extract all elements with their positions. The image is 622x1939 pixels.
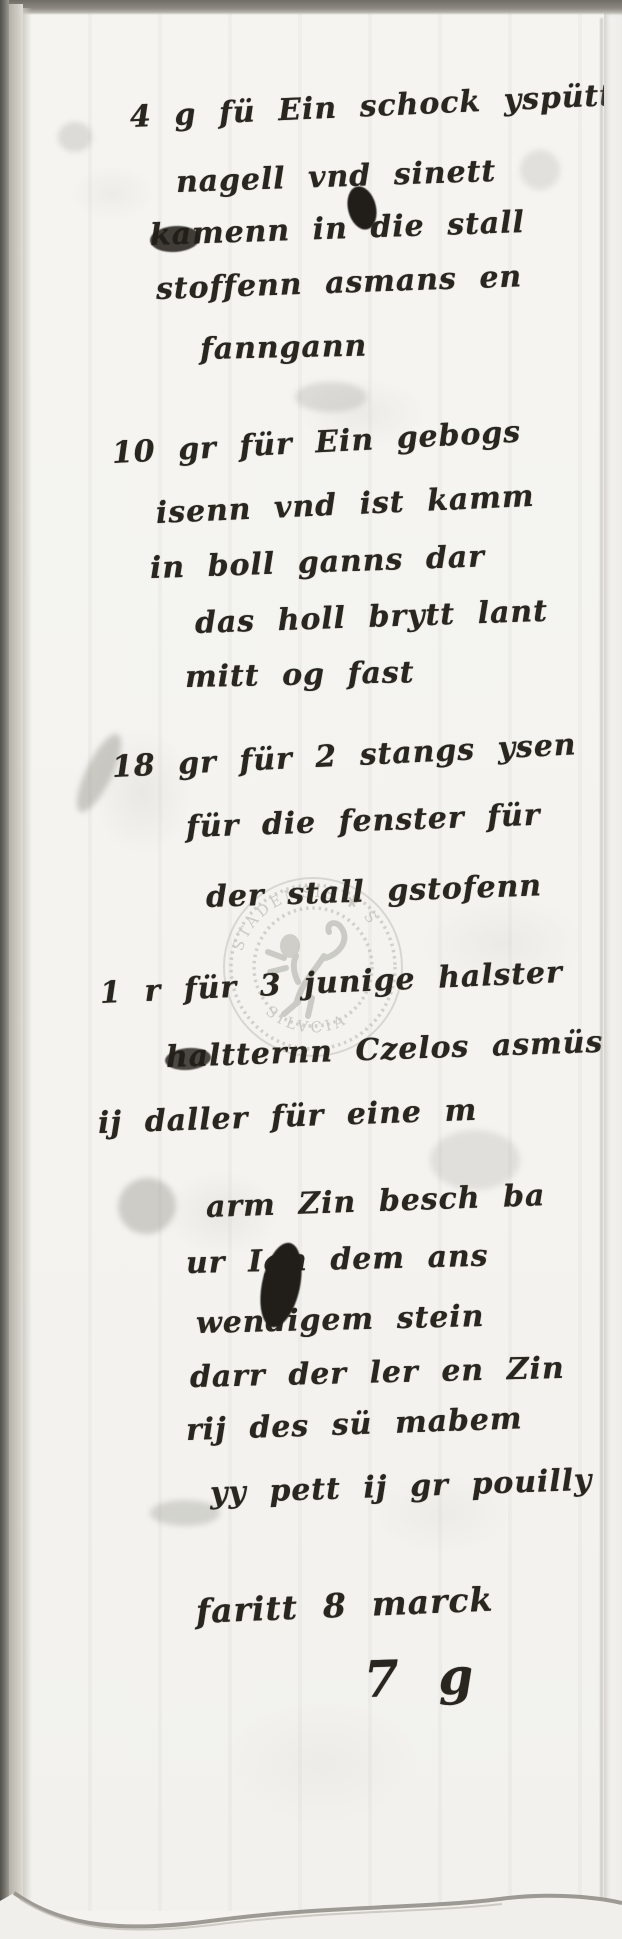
page-stack-edge (9, 4, 23, 1929)
paper-smudge (520, 150, 560, 190)
manuscript-scan: STADENSIS ✱ S SILVCIA 4 g fü Ein schock … (0, 0, 622, 1939)
manuscript-line: mitt og fast (185, 655, 415, 695)
book-top-edge (0, 0, 622, 15)
total-amount-line: 7 g (363, 1646, 476, 1709)
paper-smudge (295, 382, 367, 412)
manuscript-line: fanngann (200, 329, 368, 367)
paper-smudge (58, 122, 92, 152)
manuscript-line: wendigem stein (196, 1299, 485, 1341)
page-bottom-edge (0, 1879, 622, 1939)
page-right-gutter (604, 13, 622, 1909)
seal-arc-text-bottom: SILVCIA (262, 1002, 351, 1037)
manuscript-line: ur Ign dem ans (186, 1239, 489, 1281)
book-spine-edge (0, 0, 9, 1939)
page-edge-highlight (23, 8, 32, 1919)
page-right-crease (600, 18, 603, 1899)
